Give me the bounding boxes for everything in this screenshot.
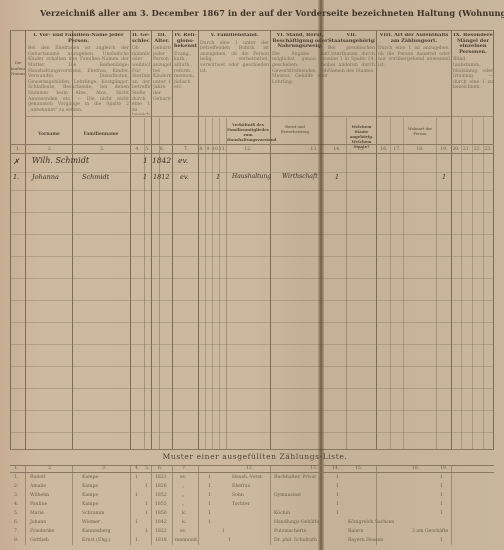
col-label-vorname: Vorname bbox=[27, 132, 71, 137]
row-number: 6. bbox=[14, 520, 18, 525]
religion: ev. bbox=[180, 475, 186, 480]
entry-2-surname[interactable]: Schmidt bbox=[82, 173, 109, 181]
religion: „ bbox=[182, 493, 184, 498]
entry-1-sex[interactable]: 1 bbox=[143, 156, 148, 165]
entry-2-number[interactable]: 1. bbox=[13, 173, 19, 181]
rule bbox=[10, 256, 494, 257]
occupation: Buchhalter, Privat bbox=[274, 475, 316, 480]
col-number: 19. bbox=[438, 147, 450, 152]
col-number: 5. bbox=[144, 147, 151, 152]
section-instructions: Bei den Ehefrauen ist zugleich der Gebur… bbox=[28, 46, 129, 113]
entry-2-occupation[interactable]: Wirthschaft bbox=[282, 173, 318, 180]
male: 1 bbox=[135, 493, 138, 498]
sample-row: 8. Gottlieb Ernst (Ehg.) 1 1818 mennonit… bbox=[10, 537, 494, 546]
family-status: 1 bbox=[208, 502, 211, 507]
section-instructions: Durch eine 1 ist anzugeben, ob die Perso… bbox=[378, 46, 450, 68]
first-name: Rudolf bbox=[30, 475, 45, 480]
row-number: 1. bbox=[14, 475, 18, 480]
birth-year: 1855 bbox=[155, 502, 167, 507]
col-number: 9. bbox=[205, 147, 212, 152]
section-instructions: Ob männlich oder weiblich. Für Sterilen … bbox=[132, 46, 150, 115]
rule bbox=[10, 432, 494, 433]
rule bbox=[25, 116, 494, 117]
last-name: Schramm bbox=[82, 511, 104, 516]
col-number: 4. bbox=[135, 466, 139, 471]
last-name: Kampe bbox=[82, 502, 98, 507]
col-number: 6. bbox=[158, 466, 162, 471]
col-label-residence: Wohnort der Person bbox=[405, 126, 435, 136]
last-name: Wiemer bbox=[82, 520, 100, 525]
col-number: 2. bbox=[40, 147, 60, 152]
birth-year: 1821 bbox=[155, 475, 167, 480]
birth-year: 1852 bbox=[155, 493, 167, 498]
rule bbox=[472, 118, 473, 450]
residence-mark: 1 bbox=[440, 493, 443, 498]
male: 1 bbox=[135, 538, 138, 543]
relation: Haush.-Vorst. bbox=[232, 475, 263, 480]
residence-mark: 1 bbox=[440, 502, 443, 507]
rule bbox=[130, 30, 131, 450]
col-label-state: Welchem Staate angehörig. Welchem Staate… bbox=[348, 124, 375, 149]
col-number: 15. bbox=[355, 466, 362, 471]
entry-1-religion[interactable]: ev. bbox=[178, 156, 188, 165]
entry-2-sex[interactable]: 1 bbox=[143, 173, 147, 181]
first-name: Marie bbox=[30, 511, 44, 516]
family-status: 1 bbox=[208, 520, 211, 525]
birth-year: 1818 bbox=[155, 538, 167, 543]
col-number: 14. bbox=[332, 466, 339, 471]
state: 1 bbox=[336, 484, 339, 489]
section-instructions: Durch eine 1 unter der betreffenden Rubr… bbox=[200, 41, 269, 75]
col-label-occupation: Beruf und Erwerbszweig bbox=[272, 124, 318, 134]
family-status: 1 bbox=[208, 511, 211, 516]
religion: ev. bbox=[180, 529, 186, 534]
rule bbox=[403, 118, 404, 450]
rule bbox=[10, 234, 494, 235]
row-number: 7. bbox=[14, 529, 18, 534]
section-IX-header: IX. Besondere Mängel der einzelnen Perso… bbox=[453, 33, 493, 115]
male: 1 bbox=[135, 520, 138, 525]
relation: Ehefrau bbox=[232, 484, 251, 489]
first-name: Wilhelm bbox=[30, 493, 49, 498]
rule bbox=[10, 190, 494, 191]
female: 1 bbox=[145, 484, 148, 489]
first-name: Johann bbox=[30, 520, 46, 525]
rule bbox=[483, 118, 484, 450]
rule bbox=[493, 30, 494, 450]
col-number: 11. bbox=[219, 147, 226, 152]
sample-table: 1. 2. 3. 4. 5. 6. 7. 12. 13. 14. 15. 18.… bbox=[10, 465, 494, 545]
religion: k. bbox=[182, 511, 186, 516]
col-number: 15. bbox=[353, 147, 369, 152]
section-VIII-header: VIII. Art der Aufenthalts am Zählungsort… bbox=[378, 33, 450, 115]
birth-year: 1842 bbox=[155, 520, 167, 525]
col-number: 1. bbox=[14, 466, 18, 471]
birth-year: 1826 bbox=[155, 484, 167, 489]
state: Bayern Hessen bbox=[348, 538, 383, 543]
section-instructions: Evang., kath., altluth., reform., mennon… bbox=[174, 52, 197, 91]
col-number: 23. bbox=[483, 147, 493, 152]
rule bbox=[10, 472, 494, 473]
religion: „ bbox=[182, 502, 184, 507]
col-number: 7. bbox=[178, 147, 194, 152]
first-name: Gottlieb bbox=[30, 538, 49, 543]
col-number: 22. bbox=[472, 147, 483, 152]
female: 1 bbox=[145, 511, 148, 516]
rule bbox=[10, 388, 494, 389]
col-number: 1. bbox=[12, 147, 24, 152]
entry-2-religion[interactable]: ev. bbox=[180, 173, 189, 181]
family-status: 1 bbox=[208, 475, 211, 480]
entry-2-firstname[interactable]: Johanna bbox=[32, 173, 59, 181]
row-number: 8. bbox=[14, 538, 18, 543]
entry-2-col19[interactable]: 1 bbox=[442, 173, 446, 181]
col-number: 18. bbox=[412, 147, 428, 152]
section-heading: VIII. Art der Aufenthalts am Zählungsort… bbox=[378, 33, 450, 44]
rule bbox=[144, 118, 145, 450]
rule bbox=[172, 30, 173, 450]
sample-row: 6. Johann Wiemer 1 1842 k. 1 Handlungs-G… bbox=[10, 519, 494, 528]
family-status: 1 bbox=[208, 484, 211, 489]
section-III-header: III. Alter. Geburtsjahr jeder Person anz… bbox=[153, 33, 171, 115]
col-number: 4. bbox=[131, 147, 144, 152]
last-name: Kannenberg bbox=[82, 529, 111, 534]
section-heading: I. Vor- und Familien-Name jeder Person. bbox=[28, 33, 129, 44]
male: 1 bbox=[135, 475, 138, 480]
sample-title: Muster einer ausgefüllten Zählungs-Liste… bbox=[120, 452, 390, 461]
birth-year: 1850 bbox=[155, 511, 167, 516]
rule bbox=[10, 153, 494, 154]
residence-mark: 1 bbox=[440, 511, 443, 516]
rule bbox=[461, 118, 462, 450]
rule bbox=[10, 144, 494, 145]
col-number: 21. bbox=[461, 147, 472, 152]
family-status: 1 bbox=[208, 493, 211, 498]
col-number: 18. bbox=[412, 466, 419, 471]
first-name: Pauline bbox=[30, 502, 47, 507]
col-number: 13. bbox=[310, 466, 317, 471]
residence-mark: 1 bbox=[440, 484, 443, 489]
occupation: Gymnasiast bbox=[274, 493, 301, 498]
section-instructions: Bei preußischen Unterthanen durch eine 1… bbox=[328, 46, 375, 74]
section-instructions: Blind, taubstumm, blödsinnig oder irrsin… bbox=[453, 57, 493, 91]
rule bbox=[219, 118, 220, 450]
census-page: Verzeichniß aller am 3. December 1867 in… bbox=[0, 0, 504, 550]
rule bbox=[10, 344, 494, 345]
sample-row: 4. Pauline Kampe 1 1855 „ 1 Tochter 1 1 bbox=[10, 501, 494, 510]
sample-row: 7. Friederike Kannenberg 1 1822 ev. 1 Pu… bbox=[10, 528, 494, 537]
col-number: 19. bbox=[440, 466, 447, 471]
rule bbox=[436, 118, 437, 450]
rule bbox=[159, 118, 160, 450]
section-V-header: V. Familienstand. Durch eine 1 unter der… bbox=[200, 33, 269, 115]
religion: „ bbox=[182, 484, 184, 489]
col-number: 20. bbox=[451, 147, 461, 152]
relation: Sohn bbox=[232, 493, 244, 498]
col-number: 2. bbox=[48, 466, 52, 471]
sample-row: 5. Marie Schramm 1 1850 k. 1 Köchin 1 1 bbox=[10, 510, 494, 519]
sample-row: 2. Amalie Kampe 1 1826 „ 1 Ehefrau 1 1 bbox=[10, 483, 494, 492]
entry-1-year[interactable]: 1842 bbox=[152, 156, 171, 165]
rule bbox=[10, 410, 494, 411]
rule bbox=[10, 300, 494, 301]
rule bbox=[390, 118, 391, 450]
female: 1 bbox=[145, 502, 148, 507]
family-status: 1 bbox=[222, 529, 225, 534]
section-heading: IV. Reli-gions-bekenntniß. bbox=[174, 33, 197, 50]
col-number: 12. bbox=[246, 466, 253, 471]
state: Königreich Sachsen bbox=[348, 520, 394, 525]
female: 1 bbox=[145, 529, 148, 534]
residence-mark: 1 bbox=[440, 538, 443, 543]
occupation: Dr. phil. Schulrath bbox=[274, 538, 317, 543]
birth-year: 1822 bbox=[155, 529, 167, 534]
entry-1-number[interactable]: ✗ bbox=[13, 157, 19, 166]
entry-1-name[interactable]: Wilh. Schmidt bbox=[32, 156, 89, 165]
state: 1 bbox=[336, 493, 339, 498]
section-heading: V. Familienstand. bbox=[200, 33, 269, 39]
col-number: 5. bbox=[145, 466, 149, 471]
rule bbox=[10, 278, 494, 279]
rule bbox=[451, 30, 452, 450]
col-label-familienname: Familienname bbox=[74, 132, 128, 137]
col-number: 17. bbox=[391, 147, 403, 152]
rule bbox=[226, 118, 227, 450]
census-header-grid: Die laufende Nummer. I. Vor- und Familie… bbox=[10, 30, 494, 450]
col-number-header: Die laufende Nummer. bbox=[11, 60, 25, 110]
rule bbox=[270, 30, 271, 450]
section-I-header: I. Vor- und Familien-Name jeder Person. … bbox=[28, 33, 129, 115]
col-number: 7. bbox=[182, 466, 186, 471]
entry-2-year[interactable]: 1812 bbox=[153, 173, 170, 181]
rule bbox=[10, 30, 494, 31]
col-number: 6. bbox=[155, 147, 169, 152]
col-label-relation: Verhältniß des Familienmitgliedes zum Ha… bbox=[227, 122, 269, 142]
entry-2-col16[interactable]: 1 bbox=[335, 173, 339, 181]
rule bbox=[205, 118, 206, 450]
row-number: 4. bbox=[14, 502, 18, 507]
sample-col-numbers: 1. 2. 3. 4. 5. 6. 7. 12. 13. 14. 15. 18.… bbox=[10, 465, 494, 472]
col-number: 3. bbox=[102, 466, 106, 471]
rule bbox=[376, 30, 377, 450]
document-title: Verzeichniß aller am 3. December 1867 in… bbox=[40, 8, 480, 18]
section-heading: VII. Staatsangehörigkeit. bbox=[328, 33, 375, 44]
last-name: Kampe bbox=[82, 475, 98, 480]
rule bbox=[198, 30, 199, 450]
first-name: Amalie bbox=[30, 484, 46, 489]
rule bbox=[346, 118, 347, 450]
last-name: Kampe bbox=[82, 493, 98, 498]
sample-row: 1. Rudolf Kampe 1 1821 ev. 1 Haush.-Vors… bbox=[10, 474, 494, 483]
first-name: Friederike bbox=[30, 529, 54, 534]
section-IV-header: IV. Reli-gions-bekenntniß. Evang., kath.… bbox=[174, 33, 197, 115]
section-II-header: II. Ge-schlecht. Ob männlich oder weibli… bbox=[132, 33, 150, 115]
section-heading: II. Ge-schlecht. bbox=[132, 33, 150, 44]
last-name: Kampe bbox=[82, 484, 98, 489]
col-number: 12. bbox=[240, 147, 256, 152]
state: 1 bbox=[336, 511, 339, 516]
last-name: Ernst (Ehg.) bbox=[82, 538, 110, 543]
col-number: 3. bbox=[92, 147, 112, 152]
rule bbox=[10, 449, 494, 450]
rule bbox=[10, 322, 494, 323]
state: 1 bbox=[336, 502, 339, 507]
row-number: 5. bbox=[14, 511, 18, 516]
row-number: 3. bbox=[14, 493, 18, 498]
rule bbox=[212, 118, 213, 450]
rule bbox=[25, 30, 26, 450]
family-status: 1 bbox=[228, 538, 231, 543]
occupation: Handlungs-Gehülfe bbox=[274, 520, 319, 525]
religion: mennonit. bbox=[175, 538, 199, 543]
col-number: 8. bbox=[198, 147, 205, 152]
residence-note: 3 am Geschäfte bbox=[412, 529, 448, 534]
col-number: 10. bbox=[212, 147, 219, 152]
col-number: 16. bbox=[378, 147, 390, 152]
religion: k. bbox=[182, 520, 186, 525]
entry-2-relation[interactable]: Haushaltung bbox=[232, 173, 271, 180]
section-heading: IX. Besondere Mängel der einzelnen Perso… bbox=[453, 33, 493, 55]
entry-2-family-status[interactable]: 1 bbox=[216, 173, 220, 181]
col-number: 14. bbox=[330, 147, 344, 152]
state: 1 bbox=[336, 475, 339, 480]
occupation: Putzmacherin bbox=[274, 529, 306, 534]
state: Baiern bbox=[348, 529, 363, 534]
section-instructions: Geburtsjahr jeder Person anzugeben, bei … bbox=[153, 46, 171, 102]
residence-mark: 1 bbox=[440, 475, 443, 480]
section-VII-header: VII. Staatsangehörigkeit. Bei preußische… bbox=[328, 33, 375, 115]
occupation: Köchin bbox=[274, 511, 290, 516]
rule bbox=[10, 366, 494, 367]
rule bbox=[10, 212, 494, 213]
row-number: 2. bbox=[14, 484, 18, 489]
rule bbox=[151, 30, 152, 450]
sample-row: 3. Wilhelm Kampe 1 1852 „ 1 Sohn Gymnasi… bbox=[10, 492, 494, 501]
relation: Tochter bbox=[232, 502, 250, 507]
section-heading: III. Alter. bbox=[153, 33, 171, 44]
